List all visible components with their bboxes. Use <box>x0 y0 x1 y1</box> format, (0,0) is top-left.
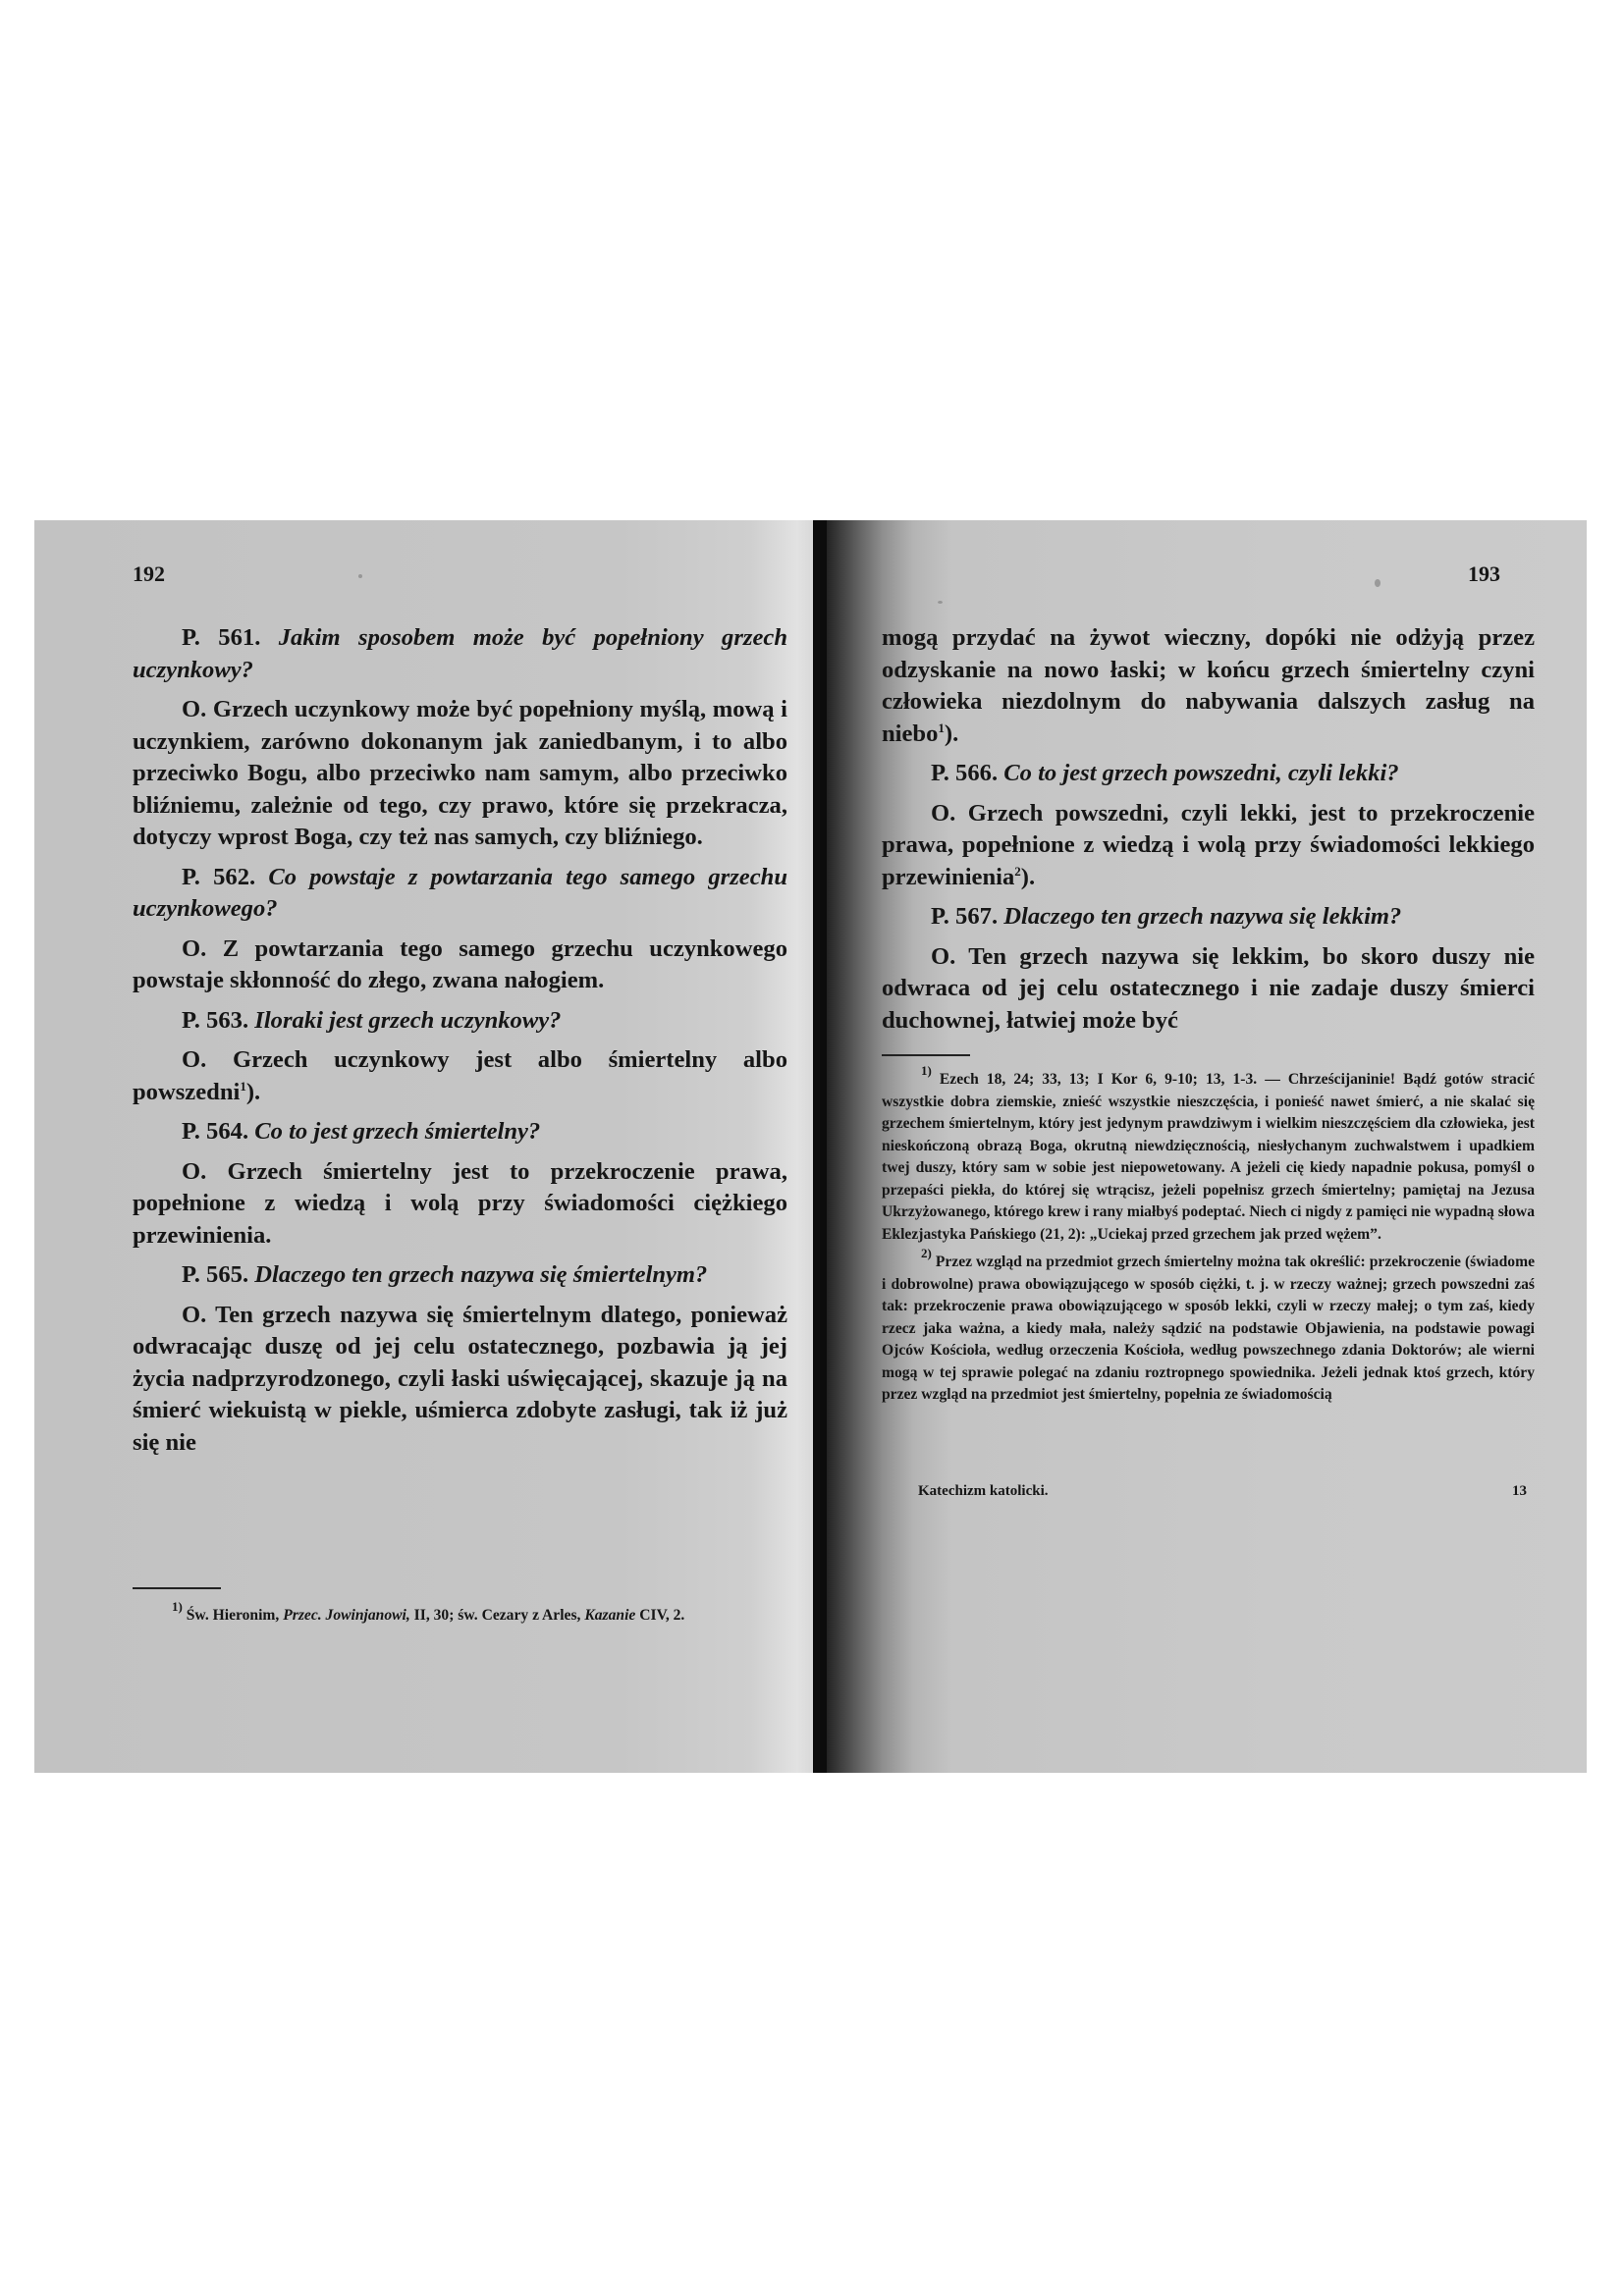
question-text: Dlaczego ten grzech nazywa się śmierteln… <box>254 1261 707 1288</box>
paper-speck <box>1375 579 1380 587</box>
catechism-question: P. 567. Dlaczego ten grzech nazywa się l… <box>882 901 1535 934</box>
footnote-rule-right <box>882 1054 970 1056</box>
catechism-answer: O. Z powtarzania tego samego grzechu ucz… <box>133 934 787 997</box>
right-page-body: mogą przydać na żywot wieczny, dopóki ni… <box>882 622 1535 1044</box>
catechism-answer: O. Grzech śmiertelny jest to przekroczen… <box>133 1156 787 1253</box>
catechism-answer: O. Ten grzech nazywa się śmiertelnym dla… <box>133 1300 787 1460</box>
footnote-italic-title: Kazanie <box>584 1607 635 1624</box>
paper-speck <box>358 574 362 578</box>
question-number: P. 562. <box>182 864 268 890</box>
footnote-marker: 1) <box>172 1599 183 1614</box>
book-scan: 192 193 P. 561. Jakim sposobem może być … <box>34 520 1587 1773</box>
paper-speck <box>938 601 943 604</box>
catechism-answer: O. Grzech uczynkowy jest albo śmiertelny… <box>133 1044 787 1108</box>
question-number: P. 567. <box>931 903 1003 930</box>
catechism-question: P. 563. Iloraki jest grzech uczynkowy? <box>133 1005 787 1038</box>
book-spine-shadow <box>813 520 827 1773</box>
page-number-left: 192 <box>133 561 165 587</box>
footnote: 1) Św. Hieronim, Przec. Jowinjanowi, II,… <box>133 1605 787 1628</box>
footnote: 2) Przez wzgląd na przedmiot grzech śmie… <box>882 1252 1535 1407</box>
catechism-question: P. 564. Co to jest grzech śmiertelny? <box>133 1116 787 1148</box>
question-number: P. 564. <box>182 1118 254 1145</box>
catechism-question: P. 561. Jakim sposobem może być popełnio… <box>133 622 787 686</box>
question-number: P. 566. <box>931 760 1003 786</box>
catechism-answer: O. Grzech uczynkowy może być popełniony … <box>133 694 787 854</box>
question-number: P. 565. <box>182 1261 254 1288</box>
footnote-rule-left <box>133 1587 221 1589</box>
catechism-question: P. 562. Co powstaje z powtarzania tego s… <box>133 862 787 926</box>
left-page-body: P. 561. Jakim sposobem może być popełnio… <box>133 622 787 1467</box>
catechism-question: P. 565. Dlaczego ten grzech nazywa się ś… <box>133 1259 787 1292</box>
footnote-marker: 2) <box>921 1246 932 1260</box>
question-text: Co to jest grzech powszedni, czyli lekki… <box>1003 760 1398 786</box>
signature-title: Katechizm katolicki. <box>918 1483 1048 1500</box>
footnote-reference: 1 <box>240 1079 246 1094</box>
left-page-footnotes: 1) Św. Hieronim, Przec. Jowinjanowi, II,… <box>133 1605 787 1633</box>
catechism-answer: O. Grzech powszedni, czyli lekki, jest t… <box>882 798 1535 894</box>
signature-number: 13 <box>1512 1483 1527 1500</box>
footnote-reference: 1 <box>938 721 945 735</box>
catechism-question: P. 566. Co to jest grzech powszedni, czy… <box>882 758 1535 790</box>
question-text: Dlaczego ten grzech nazywa się lekkim? <box>1003 903 1401 930</box>
question-number: P. 561. <box>182 624 279 651</box>
footnote-italic-title: Przec. Jowinjanowi, <box>283 1607 410 1624</box>
question-number: P. 563. <box>182 1007 254 1034</box>
footnote-marker: 1) <box>921 1063 932 1078</box>
question-text: Iloraki jest grzech uczynkowy? <box>254 1007 561 1034</box>
footnote: 1) Ezech 18, 24; 33, 13; I Kor 6, 9-10; … <box>882 1069 1535 1246</box>
right-page-footnotes: 1) Ezech 18, 24; 33, 13; I Kor 6, 9-10; … <box>882 1069 1535 1413</box>
question-text: Co to jest grzech śmiertelny? <box>254 1118 540 1145</box>
continued-answer-text: mogą przydać na żywot wieczny, dopóki ni… <box>882 622 1535 750</box>
catechism-answer: O. Ten grzech nazywa się lekkim, bo skor… <box>882 941 1535 1038</box>
page-number-right: 193 <box>1468 561 1500 587</box>
footnote-reference: 2 <box>1014 864 1021 879</box>
